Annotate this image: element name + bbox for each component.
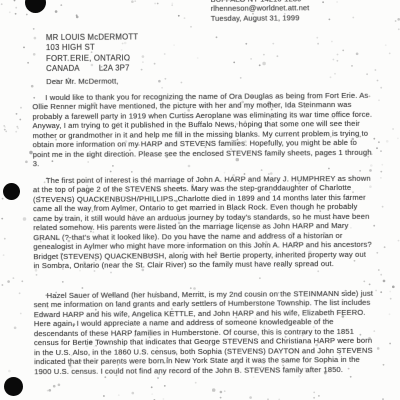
hole-punch-middle (3, 183, 20, 200)
letter-paragraph-3: Hazel Sauer of Welland (her husband, Mer… (34, 289, 375, 376)
scanned-letter-page: BUFFALO NY 14216-1230 rlhenneson@worldne… (0, 0, 400, 400)
recipient-city: FORT ERIE, ONTARIO (46, 53, 138, 64)
letter-paragraph-1: I would like to thank you for recognizin… (32, 91, 373, 169)
salutation: Dear Mr. McDermott, (46, 77, 118, 87)
recipient-street: 103 HIGH ST (46, 43, 138, 54)
recipient-name: MR LOUIS McDERMOTT (46, 32, 138, 43)
sender-block: BUFFALO NY 14216-1230 rlhenneson@worldne… (211, 0, 310, 23)
recipient-country-line: CANADAL2A 3P7 (46, 63, 138, 74)
recipient-block: MR LOUIS McDERMOTT 103 HIGH ST FORT ERIE… (46, 32, 139, 74)
letter-content: BUFFALO NY 14216-1230 rlhenneson@worldne… (0, 0, 400, 400)
recipient-country: CANADA (46, 64, 80, 73)
letter-paragraph-2: The first point of interest is the marri… (33, 174, 374, 271)
recipient-postal-code: L2A 3P7 (99, 63, 130, 72)
sender-email: rlhenneson@worldnet.att.net (211, 4, 310, 14)
hole-punch-bottom (4, 377, 23, 396)
letter-date: Tuesday, August 31, 1999 (211, 13, 310, 23)
